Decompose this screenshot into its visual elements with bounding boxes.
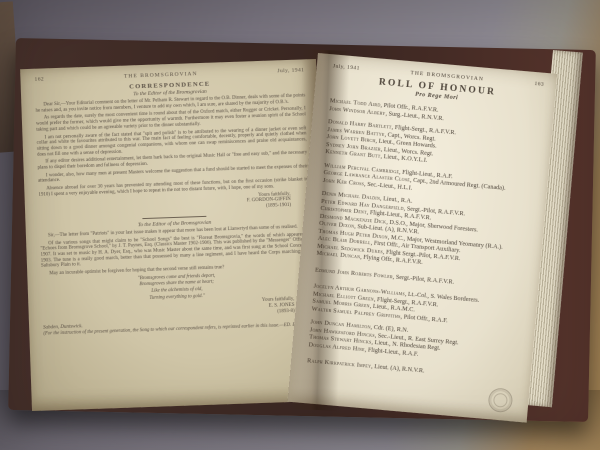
entry-detail: , Sergt.-Pilot, R.A.F.V.R. <box>393 273 455 285</box>
left-running-title: THE BROMSGROVIAN <box>124 71 198 80</box>
letter-divider-rule <box>142 216 206 219</box>
left-page-number: 162 <box>34 76 44 82</box>
left-issue-date: July, 1941 <box>277 67 304 74</box>
entry-name: Edmund John Roberts Fowler <box>315 266 393 280</box>
book-photo-scene: 162 THE BROMSGROVIAN July, 1941 CORRESPO… <box>0 0 600 450</box>
left-page: 162 THE BROMSGROVIAN July, 1941 CORRESPO… <box>20 59 328 411</box>
right-issue-date: July, 1941 <box>333 63 360 71</box>
right-page-number: 163 <box>534 81 544 88</box>
roll-group-d: Denis Michael Daldin, Lieut., R.A. Peter… <box>316 190 533 276</box>
entry-detail: , Lieut. (A), R.N.V.R. <box>371 363 425 375</box>
entry-name: Ralph Kirkpatrick Impey <box>307 357 372 370</box>
right-page: July, 1941 THE BROMSGROVIAN 163 ROLL OF … <box>287 53 557 423</box>
